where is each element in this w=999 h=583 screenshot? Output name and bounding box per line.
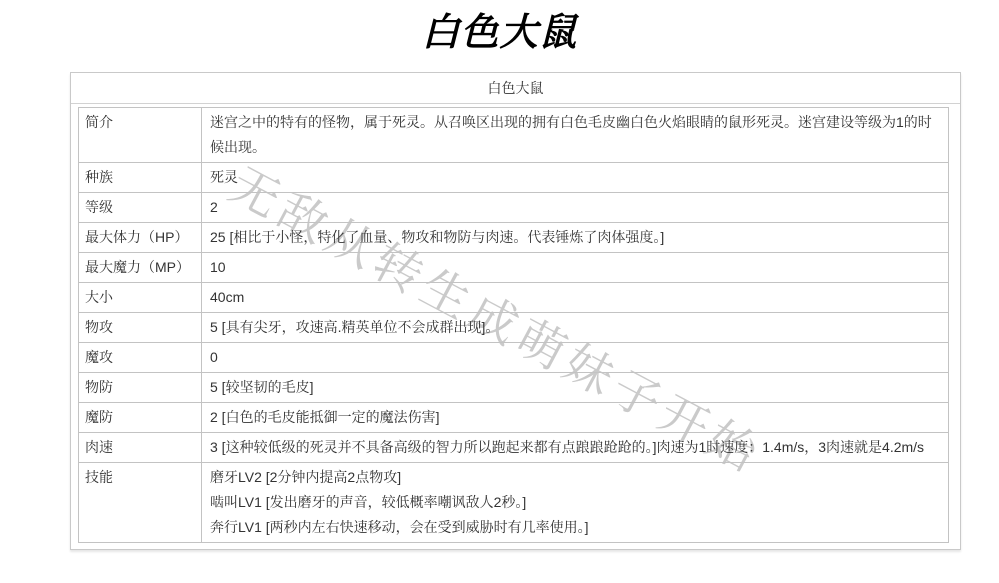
row-value: 2 [白色的毛皮能抵御一定的魔法伤害] bbox=[202, 403, 949, 433]
table-row: 等级2 bbox=[79, 193, 949, 223]
row-value: 10 bbox=[202, 253, 949, 283]
row-label: 简介 bbox=[79, 108, 202, 163]
skill-line: 啮叫LV1 [发出磨牙的声音，较低概率嘲讽敌人2秒。] bbox=[210, 490, 942, 515]
table-row: 技能磨牙LV2 [2分钟内提高2点物攻]啮叫LV1 [发出磨牙的声音，较低概率嘲… bbox=[79, 463, 949, 543]
page-title: 白色大鼠 bbox=[0, 0, 999, 54]
table-row: 肉速3 [这种较低级的死灵并不具备高级的智力所以跑起来都有点踉踉跄跄的。]肉速为… bbox=[79, 433, 949, 463]
skill-line: 磨牙LV2 [2分钟内提高2点物攻] bbox=[210, 465, 942, 490]
row-value: 25 [相比于小怪，特化了血量、物攻和物防与肉速。代表锤炼了肉体强度。] bbox=[202, 223, 949, 253]
row-value: 40cm bbox=[202, 283, 949, 313]
table-row: 种族死灵 bbox=[79, 163, 949, 193]
row-label: 大小 bbox=[79, 283, 202, 313]
row-value: 0 bbox=[202, 343, 949, 373]
row-value: 死灵 bbox=[202, 163, 949, 193]
row-value: 3 [这种较低级的死灵并不具备高级的智力所以跑起来都有点踉踉跄跄的。]肉速为1时… bbox=[202, 433, 949, 463]
row-value: 5 [较坚韧的毛皮] bbox=[202, 373, 949, 403]
row-label: 等级 bbox=[79, 193, 202, 223]
row-label: 物防 bbox=[79, 373, 202, 403]
panel-header-title: 白色大鼠 bbox=[71, 73, 960, 104]
row-value: 2 bbox=[202, 193, 949, 223]
table-row: 魔防2 [白色的毛皮能抵御一定的魔法伤害] bbox=[79, 403, 949, 433]
monster-info-panel: 白色大鼠 简介迷宫之中的特有的怪物，属于死灵。从召唤区出现的拥有白色毛皮幽白色火… bbox=[70, 72, 961, 550]
row-label: 物攻 bbox=[79, 313, 202, 343]
row-label: 技能 bbox=[79, 463, 202, 543]
table-row: 最大魔力（MP）10 bbox=[79, 253, 949, 283]
monster-stats-table: 简介迷宫之中的特有的怪物，属于死灵。从召唤区出现的拥有白色毛皮幽白色火焰眼睛的鼠… bbox=[78, 107, 949, 543]
row-label: 最大体力（HP） bbox=[79, 223, 202, 253]
table-row: 物攻5 [具有尖牙，攻速高.精英单位不会成群出现]。 bbox=[79, 313, 949, 343]
row-label: 最大魔力（MP） bbox=[79, 253, 202, 283]
row-value: 磨牙LV2 [2分钟内提高2点物攻]啮叫LV1 [发出磨牙的声音，较低概率嘲讽敌… bbox=[202, 463, 949, 543]
row-label: 魔防 bbox=[79, 403, 202, 433]
row-value: 迷宫之中的特有的怪物，属于死灵。从召唤区出现的拥有白色毛皮幽白色火焰眼睛的鼠形死… bbox=[202, 108, 949, 163]
table-row: 最大体力（HP）25 [相比于小怪，特化了血量、物攻和物防与肉速。代表锤炼了肉体… bbox=[79, 223, 949, 253]
row-value: 5 [具有尖牙，攻速高.精英单位不会成群出现]。 bbox=[202, 313, 949, 343]
row-label: 种族 bbox=[79, 163, 202, 193]
row-label: 肉速 bbox=[79, 433, 202, 463]
table-row: 物防5 [较坚韧的毛皮] bbox=[79, 373, 949, 403]
row-label: 魔攻 bbox=[79, 343, 202, 373]
table-row: 大小40cm bbox=[79, 283, 949, 313]
skill-line: 奔行LV1 [两秒内左右快速移动，会在受到威胁时有几率使用。] bbox=[210, 515, 942, 540]
table-row: 简介迷宫之中的特有的怪物，属于死灵。从召唤区出现的拥有白色毛皮幽白色火焰眼睛的鼠… bbox=[79, 108, 949, 163]
table-row: 魔攻0 bbox=[79, 343, 949, 373]
